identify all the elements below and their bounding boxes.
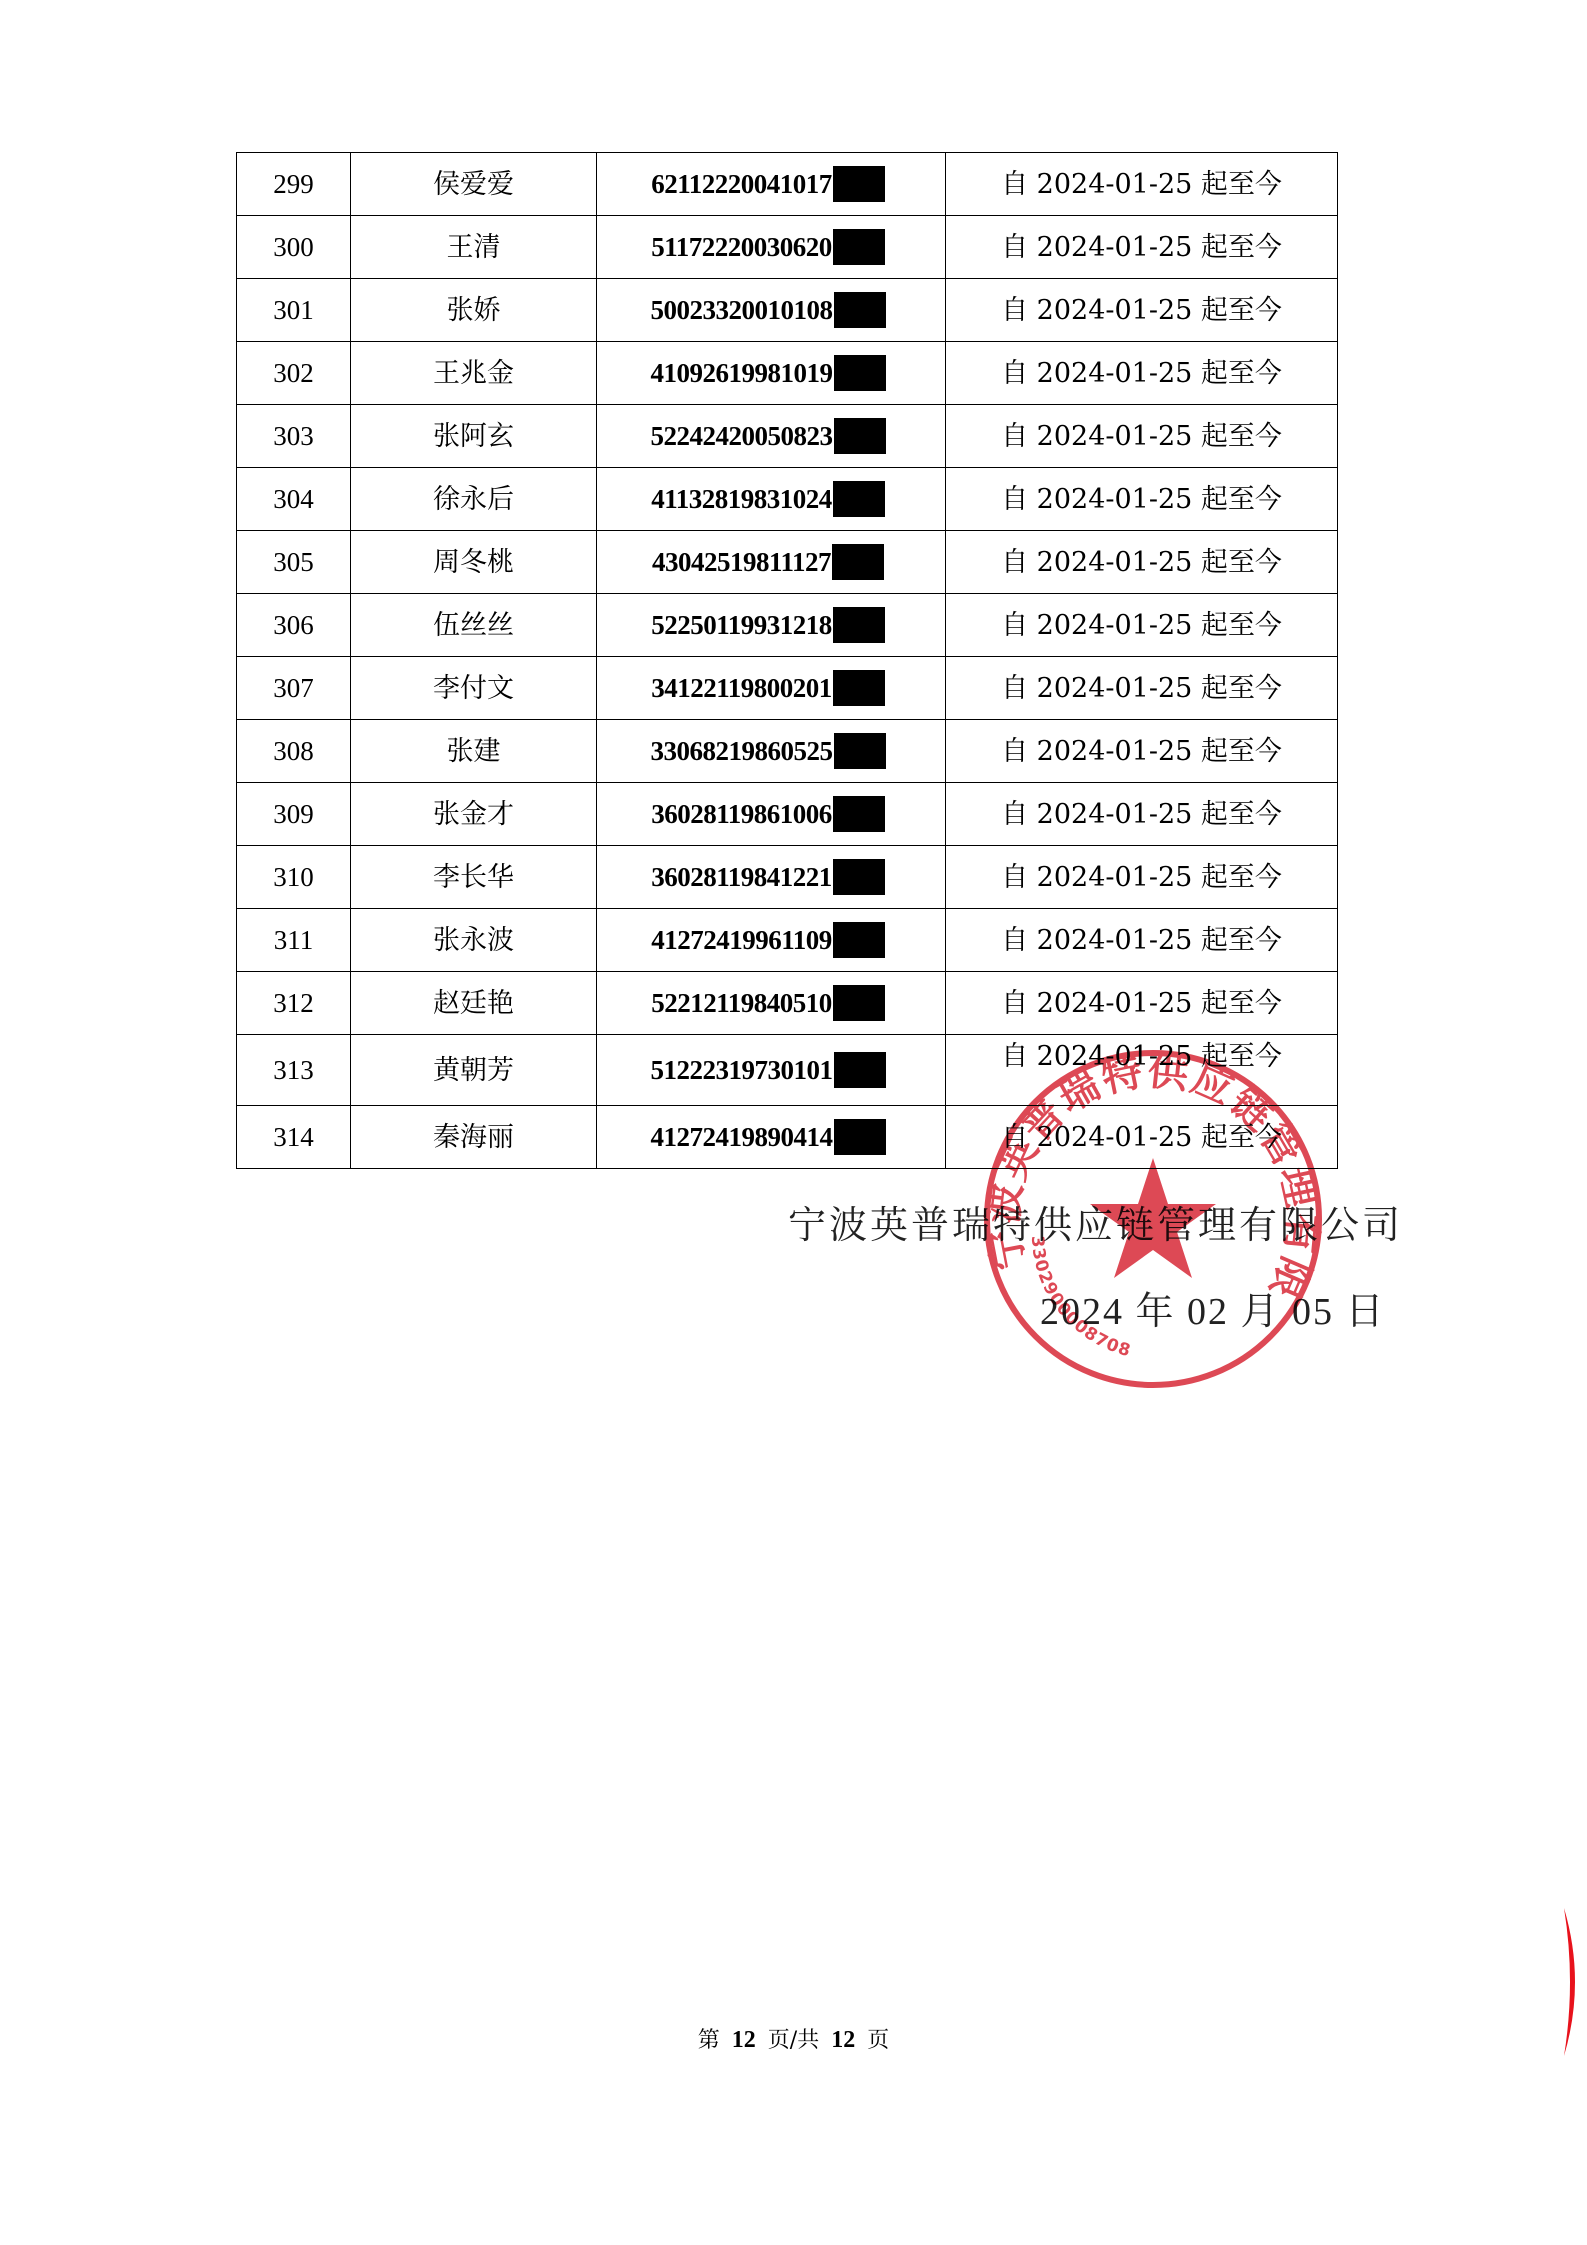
id-number-visible: 52212119840510 xyxy=(651,990,832,1017)
signature-company-name: 宁波英普瑞特供应链管理有限公司 xyxy=(788,1194,1348,1249)
row-number: 310 xyxy=(237,846,351,909)
redaction-box xyxy=(834,1119,886,1155)
employee-name: 王兆金 xyxy=(351,342,597,405)
table-row: 310李长华36028119841221自 2024-01-25 起至今 xyxy=(237,846,1338,909)
id-number-visible: 36028119841221 xyxy=(651,864,832,891)
table-row: 306伍丝丝52250119931218自 2024-01-25 起至今 xyxy=(237,594,1338,657)
employee-name: 张阿玄 xyxy=(351,405,597,468)
employee-name: 张建 xyxy=(351,720,597,783)
table-row: 309张金才36028119861006自 2024-01-25 起至今 xyxy=(237,783,1338,846)
id-number-cell: 52250119931218 xyxy=(597,594,946,657)
redaction-box xyxy=(833,607,885,643)
row-number: 304 xyxy=(237,468,351,531)
row-number: 301 xyxy=(237,279,351,342)
row-number: 300 xyxy=(237,216,351,279)
employment-period: 自 2024-01-25 起至今 xyxy=(946,783,1338,846)
table-row: 301张娇50023320010108自 2024-01-25 起至今 xyxy=(237,279,1338,342)
id-number-visible: 50023320010108 xyxy=(651,297,833,324)
employment-period: 自 2024-01-25 起至今 xyxy=(946,216,1338,279)
employee-name: 赵廷艳 xyxy=(351,972,597,1035)
id-number-visible: 41132819831024 xyxy=(651,486,832,513)
footer-current-page: 12 xyxy=(732,2027,756,2053)
redaction-box xyxy=(833,796,885,832)
id-number-visible: 51222319730101 xyxy=(651,1057,833,1084)
id-number-cell: 41132819831024 xyxy=(597,468,946,531)
id-number-cell: 50023320010108 xyxy=(597,279,946,342)
employment-period: 自 2024-01-25 起至今 xyxy=(946,405,1338,468)
redaction-box xyxy=(833,985,885,1021)
page-footer: 第12页/共12页 xyxy=(0,2023,1587,2054)
id-number-cell: 41272419961109 xyxy=(597,909,946,972)
redaction-box xyxy=(833,670,885,706)
redaction-box xyxy=(833,229,885,265)
signature-date: 2024 年 02 月 05 日 xyxy=(1040,1280,1386,1335)
employee-name: 李付文 xyxy=(351,657,597,720)
footer-total-pages: 12 xyxy=(831,2027,855,2053)
footer-prefix: 第 xyxy=(698,2028,720,2053)
id-number-visible: 51172220030620 xyxy=(651,234,832,261)
id-number-cell: 41272419890414 xyxy=(597,1106,946,1169)
id-number-visible: 52250119931218 xyxy=(651,612,832,639)
footer-middle: 页/共 xyxy=(768,2028,819,2053)
employee-name: 侯爱爱 xyxy=(351,153,597,216)
employee-name: 黄朝芳 xyxy=(351,1035,597,1106)
footer-suffix: 页 xyxy=(867,2028,889,2053)
row-number: 302 xyxy=(237,342,351,405)
id-number-cell: 52242420050823 xyxy=(597,405,946,468)
employment-period: 自 2024-01-25 起至今 xyxy=(946,531,1338,594)
table-row: 311张永波41272419961109自 2024-01-25 起至今 xyxy=(237,909,1338,972)
id-number-visible: 43042519811127 xyxy=(652,549,831,576)
employment-period: 自 2024-01-25 起至今 xyxy=(946,153,1338,216)
id-number-cell: 36028119861006 xyxy=(597,783,946,846)
employment-period: 自 2024-01-25 起至今 xyxy=(946,1035,1338,1106)
id-number-cell: 51172220030620 xyxy=(597,216,946,279)
row-number: 305 xyxy=(237,531,351,594)
id-number-visible: 41272419890414 xyxy=(651,1124,833,1151)
redaction-box xyxy=(834,355,886,391)
table-row: 307李付文34122119800201自 2024-01-25 起至今 xyxy=(237,657,1338,720)
redaction-box xyxy=(834,1052,886,1088)
employee-name: 伍丝丝 xyxy=(351,594,597,657)
table-row: 303张阿玄52242420050823自 2024-01-25 起至今 xyxy=(237,405,1338,468)
row-number: 312 xyxy=(237,972,351,1035)
employee-table: 299侯爱爱62112220041017自 2024-01-25 起至今300王… xyxy=(236,152,1338,1169)
employment-period: 自 2024-01-25 起至今 xyxy=(946,657,1338,720)
row-number: 313 xyxy=(237,1035,351,1106)
table-row: 302王兆金41092619981019自 2024-01-25 起至今 xyxy=(237,342,1338,405)
id-number-cell: 52212119840510 xyxy=(597,972,946,1035)
document-page: 299侯爱爱62112220041017自 2024-01-25 起至今300王… xyxy=(0,0,1587,2245)
table-row: 305周冬桃43042519811127自 2024-01-25 起至今 xyxy=(237,531,1338,594)
table-row: 314秦海丽41272419890414自 2024-01-25 起至今 xyxy=(237,1106,1338,1169)
table-row: 300王清51172220030620自 2024-01-25 起至今 xyxy=(237,216,1338,279)
row-number: 307 xyxy=(237,657,351,720)
table-row: 299侯爱爱62112220041017自 2024-01-25 起至今 xyxy=(237,153,1338,216)
id-number-visible: 36028119861006 xyxy=(651,801,832,828)
id-number-cell: 51222319730101 xyxy=(597,1035,946,1106)
employment-period: 自 2024-01-25 起至今 xyxy=(946,720,1338,783)
row-number: 309 xyxy=(237,783,351,846)
row-number: 308 xyxy=(237,720,351,783)
table-row: 308张建33068219860525自 2024-01-25 起至今 xyxy=(237,720,1338,783)
redaction-box xyxy=(834,292,886,328)
id-number-visible: 33068219860525 xyxy=(651,738,833,765)
employment-period: 自 2024-01-25 起至今 xyxy=(946,909,1338,972)
redaction-box xyxy=(833,859,885,895)
employee-name: 秦海丽 xyxy=(351,1106,597,1169)
redaction-box xyxy=(834,733,886,769)
table-row: 313黄朝芳51222319730101自 2024-01-25 起至今 xyxy=(237,1035,1338,1106)
employee-table-body: 299侯爱爱62112220041017自 2024-01-25 起至今300王… xyxy=(237,153,1338,1169)
employment-period: 自 2024-01-25 起至今 xyxy=(946,468,1338,531)
redaction-box xyxy=(833,481,885,517)
id-number-visible: 41092619981019 xyxy=(651,360,833,387)
employee-name: 张娇 xyxy=(351,279,597,342)
employment-period: 自 2024-01-25 起至今 xyxy=(946,1106,1338,1169)
redaction-box xyxy=(832,544,884,580)
id-number-cell: 43042519811127 xyxy=(597,531,946,594)
employment-period: 自 2024-01-25 起至今 xyxy=(946,972,1338,1035)
id-number-visible: 52242420050823 xyxy=(651,423,833,450)
id-number-cell: 41092619981019 xyxy=(597,342,946,405)
employee-name: 周冬桃 xyxy=(351,531,597,594)
row-number: 299 xyxy=(237,153,351,216)
id-number-cell: 62112220041017 xyxy=(597,153,946,216)
employee-name: 李长华 xyxy=(351,846,597,909)
id-number-cell: 36028119841221 xyxy=(597,846,946,909)
row-number: 311 xyxy=(237,909,351,972)
id-number-visible: 62112220041017 xyxy=(651,171,832,198)
employee-name: 徐永后 xyxy=(351,468,597,531)
id-number-cell: 33068219860525 xyxy=(597,720,946,783)
employment-period: 自 2024-01-25 起至今 xyxy=(946,342,1338,405)
redaction-box xyxy=(834,418,886,454)
table-row: 304徐永后41132819831024自 2024-01-25 起至今 xyxy=(237,468,1338,531)
employee-name: 张金才 xyxy=(351,783,597,846)
row-number: 303 xyxy=(237,405,351,468)
employee-name: 王清 xyxy=(351,216,597,279)
employment-period: 自 2024-01-25 起至今 xyxy=(946,279,1338,342)
table-row: 312赵廷艳52212119840510自 2024-01-25 起至今 xyxy=(237,972,1338,1035)
employee-name: 张永波 xyxy=(351,909,597,972)
id-number-visible: 41272419961109 xyxy=(651,927,832,954)
row-number: 306 xyxy=(237,594,351,657)
redaction-box xyxy=(833,922,885,958)
redaction-box xyxy=(833,166,885,202)
employment-period: 自 2024-01-25 起至今 xyxy=(946,846,1338,909)
id-number-cell: 34122119800201 xyxy=(597,657,946,720)
employment-period: 自 2024-01-25 起至今 xyxy=(946,594,1338,657)
id-number-visible: 34122119800201 xyxy=(651,675,832,702)
row-number: 314 xyxy=(237,1106,351,1169)
